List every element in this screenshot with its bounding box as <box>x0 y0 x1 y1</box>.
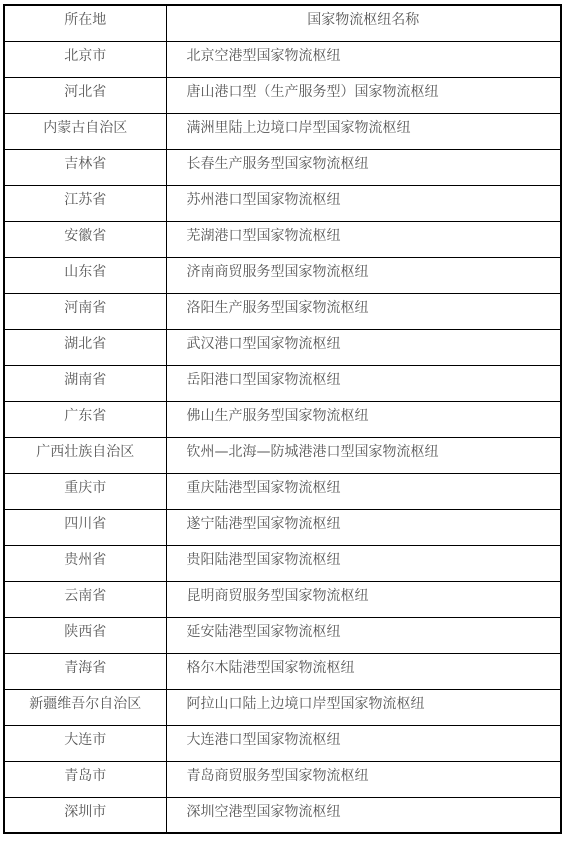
location-cell: 青海省 <box>4 653 166 689</box>
location-cell: 云南省 <box>4 581 166 617</box>
table-row: 广西壮族自治区钦州—北海—防城港港口型国家物流枢纽 <box>4 437 561 473</box>
table-row: 山东省济南商贸服务型国家物流枢纽 <box>4 257 561 293</box>
table-row: 重庆市重庆陆港型国家物流枢纽 <box>4 473 561 509</box>
location-text: 江苏省 <box>5 186 166 207</box>
hub-name-cell: 长春生产服务型国家物流枢纽 <box>166 149 561 185</box>
location-cell: 深圳市 <box>4 797 166 833</box>
location-cell: 重庆市 <box>4 473 166 509</box>
hub-name-cell: 佛山生产服务型国家物流枢纽 <box>166 401 561 437</box>
location-text: 广西壮族自治区 <box>5 438 166 459</box>
location-cell: 河北省 <box>4 77 166 113</box>
location-cell: 湖北省 <box>4 329 166 365</box>
table-row: 贵州省贵阳陆港型国家物流枢纽 <box>4 545 561 581</box>
hub-name-text: 格尔木陆港型国家物流枢纽 <box>187 654 561 675</box>
table-row: 河南省洛阳生产服务型国家物流枢纽 <box>4 293 561 329</box>
location-text: 新疆维吾尔自治区 <box>5 690 166 711</box>
location-cell: 北京市 <box>4 41 166 77</box>
location-text: 云南省 <box>5 582 166 603</box>
hub-name-text: 苏州港口型国家物流枢纽 <box>187 186 561 207</box>
hub-name-cell: 阿拉山口陆上边境口岸型国家物流枢纽 <box>166 689 561 725</box>
table-row: 新疆维吾尔自治区阿拉山口陆上边境口岸型国家物流枢纽 <box>4 689 561 725</box>
hub-name-cell: 芜湖港口型国家物流枢纽 <box>166 221 561 257</box>
location-text: 北京市 <box>5 42 166 63</box>
location-text: 青岛市 <box>5 762 166 783</box>
hub-name-text: 佛山生产服务型国家物流枢纽 <box>187 402 561 423</box>
location-cell: 广东省 <box>4 401 166 437</box>
table-row: 湖南省岳阳港口型国家物流枢纽 <box>4 365 561 401</box>
hub-name-cell: 北京空港型国家物流枢纽 <box>166 41 561 77</box>
location-cell: 内蒙古自治区 <box>4 113 166 149</box>
hub-name-cell: 重庆陆港型国家物流枢纽 <box>166 473 561 509</box>
location-cell: 广西壮族自治区 <box>4 437 166 473</box>
location-text: 四川省 <box>5 510 166 531</box>
hub-name-cell: 武汉港口型国家物流枢纽 <box>166 329 561 365</box>
table-row: 广东省佛山生产服务型国家物流枢纽 <box>4 401 561 437</box>
hub-name-text: 延安陆港型国家物流枢纽 <box>187 618 561 639</box>
hub-name-cell: 贵阳陆港型国家物流枢纽 <box>166 545 561 581</box>
location-text: 吉林省 <box>5 150 166 171</box>
location-text: 山东省 <box>5 258 166 279</box>
location-text: 安徽省 <box>5 222 166 243</box>
location-cell: 大连市 <box>4 725 166 761</box>
hub-name-text: 岳阳港口型国家物流枢纽 <box>187 366 561 387</box>
hub-name-cell: 满洲里陆上边境口岸型国家物流枢纽 <box>166 113 561 149</box>
location-cell: 四川省 <box>4 509 166 545</box>
location-text: 湖南省 <box>5 366 166 387</box>
table-row: 青岛市青岛商贸服务型国家物流枢纽 <box>4 761 561 797</box>
table-row: 湖北省武汉港口型国家物流枢纽 <box>4 329 561 365</box>
location-cell: 新疆维吾尔自治区 <box>4 689 166 725</box>
hub-name-cell: 洛阳生产服务型国家物流枢纽 <box>166 293 561 329</box>
hub-name-cell: 深圳空港型国家物流枢纽 <box>166 797 561 833</box>
header-location-label: 所在地 <box>5 6 166 27</box>
location-text: 重庆市 <box>5 474 166 495</box>
hub-name-cell: 唐山港口型（生产服务型）国家物流枢纽 <box>166 77 561 113</box>
table-row: 安徽省芜湖港口型国家物流枢纽 <box>4 221 561 257</box>
table-row: 北京市北京空港型国家物流枢纽 <box>4 41 561 77</box>
location-cell: 贵州省 <box>4 545 166 581</box>
location-text: 青海省 <box>5 654 166 675</box>
table-row: 大连市大连港口型国家物流枢纽 <box>4 725 561 761</box>
hub-name-text: 昆明商贸服务型国家物流枢纽 <box>187 582 561 603</box>
hub-name-text: 深圳空港型国家物流枢纽 <box>187 798 561 819</box>
hub-name-text: 洛阳生产服务型国家物流枢纽 <box>187 294 561 315</box>
hub-name-cell: 延安陆港型国家物流枢纽 <box>166 617 561 653</box>
hub-name-text: 贵阳陆港型国家物流枢纽 <box>187 546 561 567</box>
table-row: 内蒙古自治区满洲里陆上边境口岸型国家物流枢纽 <box>4 113 561 149</box>
hub-name-text: 重庆陆港型国家物流枢纽 <box>187 474 561 495</box>
table-header-row: 所在地 国家物流枢纽名称 <box>4 5 561 41</box>
location-text: 湖北省 <box>5 330 166 351</box>
hub-name-cell: 岳阳港口型国家物流枢纽 <box>166 365 561 401</box>
location-text: 深圳市 <box>5 798 166 819</box>
hub-name-cell: 格尔木陆港型国家物流枢纽 <box>166 653 561 689</box>
location-text: 内蒙古自治区 <box>5 114 166 135</box>
location-cell: 湖南省 <box>4 365 166 401</box>
location-cell: 山东省 <box>4 257 166 293</box>
hub-name-text: 阿拉山口陆上边境口岸型国家物流枢纽 <box>187 690 561 711</box>
table-row: 江苏省苏州港口型国家物流枢纽 <box>4 185 561 221</box>
hub-name-text: 钦州—北海—防城港港口型国家物流枢纽 <box>187 438 561 459</box>
table-body: 北京市北京空港型国家物流枢纽河北省唐山港口型（生产服务型）国家物流枢纽内蒙古自治… <box>4 41 561 833</box>
table-row: 四川省遂宁陆港型国家物流枢纽 <box>4 509 561 545</box>
hub-name-text: 武汉港口型国家物流枢纽 <box>187 330 561 351</box>
location-cell: 陕西省 <box>4 617 166 653</box>
header-location: 所在地 <box>4 5 166 41</box>
table-row: 云南省昆明商贸服务型国家物流枢纽 <box>4 581 561 617</box>
hub-name-cell: 钦州—北海—防城港港口型国家物流枢纽 <box>166 437 561 473</box>
hub-name-cell: 青岛商贸服务型国家物流枢纽 <box>166 761 561 797</box>
table-row: 陕西省延安陆港型国家物流枢纽 <box>4 617 561 653</box>
hub-name-cell: 济南商贸服务型国家物流枢纽 <box>166 257 561 293</box>
hub-name-text: 满洲里陆上边境口岸型国家物流枢纽 <box>187 114 561 135</box>
location-text: 广东省 <box>5 402 166 423</box>
table-row: 吉林省长春生产服务型国家物流枢纽 <box>4 149 561 185</box>
header-hub-name: 国家物流枢纽名称 <box>166 5 561 41</box>
hub-name-text: 大连港口型国家物流枢纽 <box>187 726 561 747</box>
logistics-hub-table: 所在地 国家物流枢纽名称 北京市北京空港型国家物流枢纽河北省唐山港口型（生产服务… <box>3 4 562 834</box>
hub-name-cell: 遂宁陆港型国家物流枢纽 <box>166 509 561 545</box>
location-cell: 吉林省 <box>4 149 166 185</box>
hub-name-text: 芜湖港口型国家物流枢纽 <box>187 222 561 243</box>
table-row: 深圳市深圳空港型国家物流枢纽 <box>4 797 561 833</box>
location-text: 河南省 <box>5 294 166 315</box>
hub-name-text: 遂宁陆港型国家物流枢纽 <box>187 510 561 531</box>
location-text: 河北省 <box>5 78 166 99</box>
location-cell: 青岛市 <box>4 761 166 797</box>
table-row: 青海省格尔木陆港型国家物流枢纽 <box>4 653 561 689</box>
hub-name-text: 北京空港型国家物流枢纽 <box>187 42 561 63</box>
hub-name-text: 长春生产服务型国家物流枢纽 <box>187 150 561 171</box>
location-cell: 江苏省 <box>4 185 166 221</box>
location-text: 陕西省 <box>5 618 166 639</box>
hub-name-text: 青岛商贸服务型国家物流枢纽 <box>187 762 561 783</box>
header-hub-name-label: 国家物流枢纽名称 <box>167 6 561 27</box>
table-row: 河北省唐山港口型（生产服务型）国家物流枢纽 <box>4 77 561 113</box>
hub-name-cell: 昆明商贸服务型国家物流枢纽 <box>166 581 561 617</box>
location-cell: 河南省 <box>4 293 166 329</box>
location-text: 贵州省 <box>5 546 166 567</box>
location-text: 大连市 <box>5 726 166 747</box>
hub-name-cell: 大连港口型国家物流枢纽 <box>166 725 561 761</box>
hub-name-cell: 苏州港口型国家物流枢纽 <box>166 185 561 221</box>
hub-name-text: 唐山港口型（生产服务型）国家物流枢纽 <box>187 78 561 99</box>
hub-name-text: 济南商贸服务型国家物流枢纽 <box>187 258 561 279</box>
location-cell: 安徽省 <box>4 221 166 257</box>
